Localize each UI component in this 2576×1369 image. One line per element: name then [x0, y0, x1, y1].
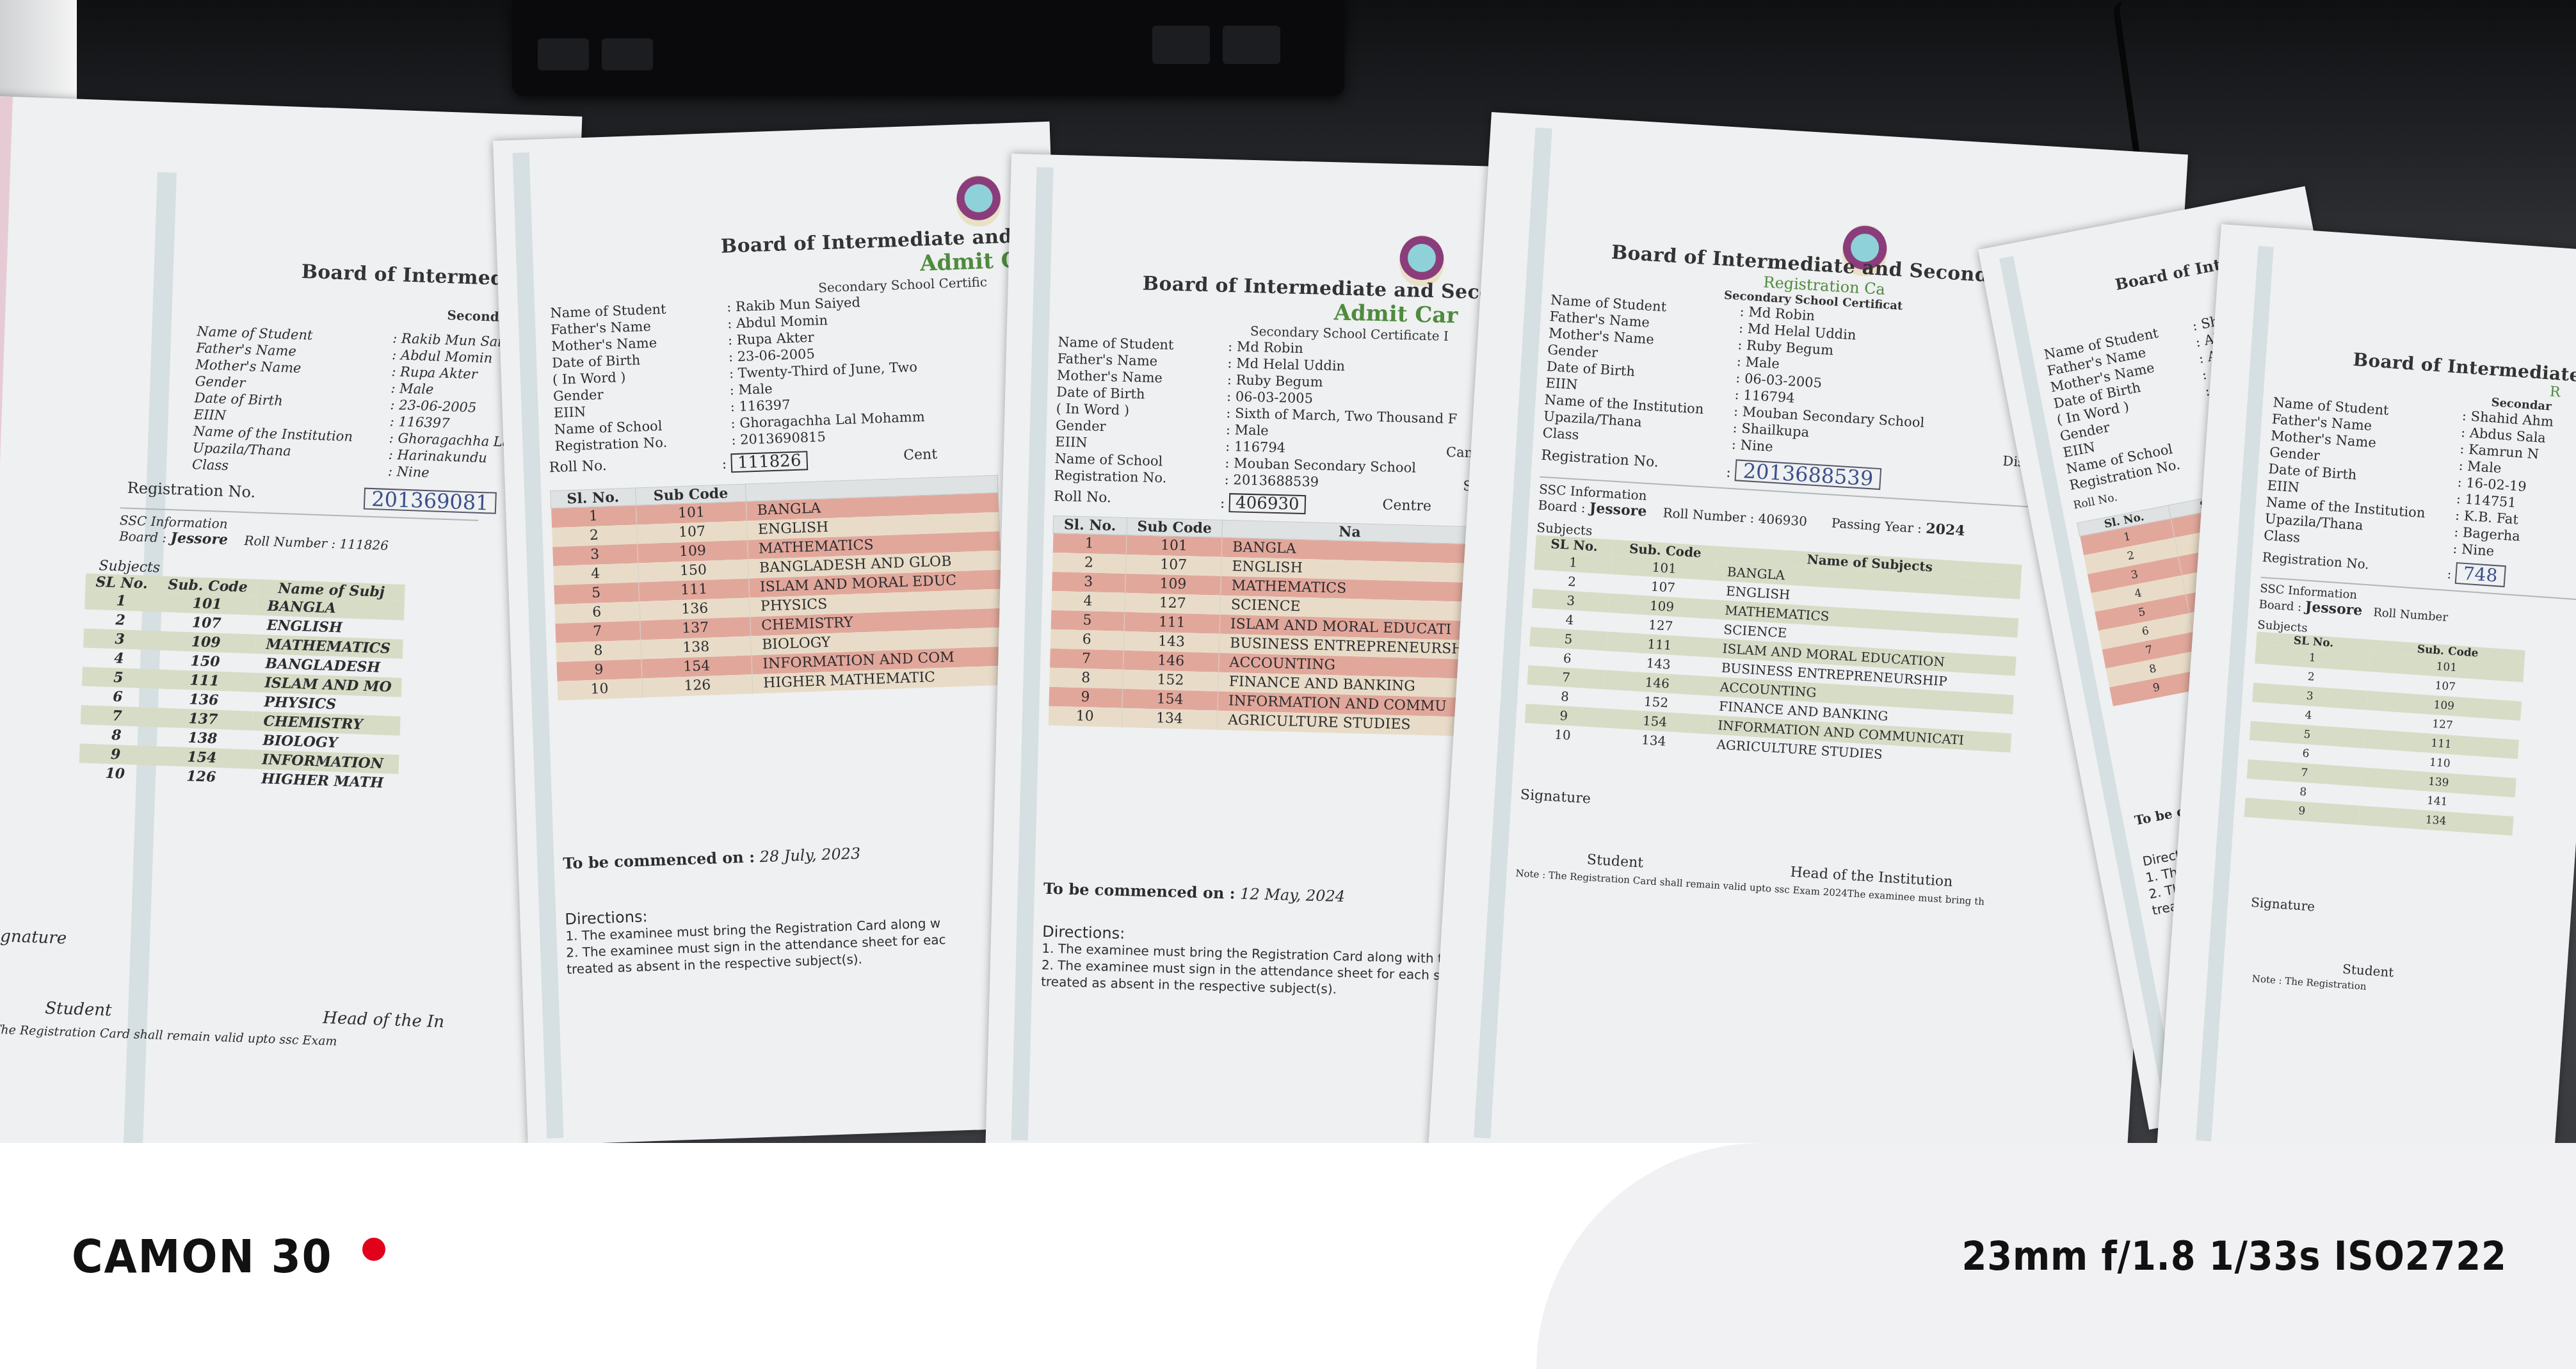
- serial-cell: 1: [85, 590, 157, 612]
- field-value: : Male: [387, 380, 434, 398]
- column-header: Sub Code: [1127, 517, 1223, 537]
- subject-code-cell: 127: [1124, 593, 1220, 615]
- subject-code-cell: 143: [1123, 631, 1220, 653]
- commenced-label: To be commenced on :: [563, 847, 755, 872]
- exif-info: 23mm f/1.8 1/33s ISO2722: [1962, 1233, 2507, 1279]
- registration-number: 201369081: [364, 488, 497, 514]
- field-value: : Male: [1221, 421, 1269, 439]
- roll-value: 111826: [339, 536, 389, 553]
- field-value: : Ruby Begum: [1223, 371, 1323, 391]
- signature-label: Signature: [2250, 895, 2558, 931]
- subject-code-cell: 107: [1125, 555, 1221, 576]
- serial-cell: 10: [1524, 723, 1602, 747]
- subjects-table: SL No.Sub. Code1101210731094127511161107…: [2244, 631, 2525, 836]
- subjects-table: SL No.Sub. CodeName of Subjects1101BANGL…: [1524, 535, 2022, 772]
- student-fields: Name of Student: Shahid AhmFather's Name…: [2263, 394, 2576, 565]
- serial-cell: 1: [1052, 533, 1126, 554]
- subjects-table: SL No.Sub. CodeName of Subj1101BANGLA210…: [79, 573, 405, 793]
- serial-cell: 5: [1051, 610, 1124, 631]
- subject-code-cell: 101: [1126, 535, 1222, 556]
- serial-cell: 1: [551, 505, 637, 528]
- serial-cell: 10: [1048, 706, 1122, 727]
- field-value: : 2013690815: [727, 428, 826, 448]
- subject-code-cell: 111: [1124, 612, 1220, 634]
- serial-cell: 8: [1049, 668, 1123, 689]
- commenced-label: To be commenced on :: [1043, 879, 1236, 903]
- serial-cell: 6: [554, 601, 640, 624]
- registration-card-shahid: Board of Intermediate R Secondar Name of…: [2157, 224, 2576, 1172]
- subject-code-cell: 152: [1122, 670, 1218, 692]
- serial-cell: 3: [83, 628, 156, 650]
- serial-cell: 2: [552, 525, 638, 547]
- student-fields: Name of Student: Md RobinFather's Name: …: [1542, 291, 2063, 472]
- field-value: : 116794: [1221, 438, 1286, 457]
- serial-cell: 9: [79, 743, 152, 765]
- subject-code-cell: 109: [1125, 574, 1221, 595]
- board-title: Board of Intermediate and Second: [1142, 272, 1510, 304]
- serial-cell: 8: [556, 640, 641, 662]
- serial-cell: 3: [552, 544, 638, 567]
- signature-label: Signature: [0, 926, 539, 964]
- ssc-information: SSC Information Board : Jessore Roll Num…: [119, 507, 479, 557]
- subjects-table: Sl. No.Sub Code1101BANGLA2107ENGLISH3109…: [550, 475, 1005, 701]
- field-value: : Nine: [2449, 540, 2495, 560]
- registration-number: 2013688539: [1735, 459, 1881, 490]
- student-fields: Name of Student: Rakib Mun SaiyedFather'…: [550, 287, 1077, 455]
- serial-cell: 4: [83, 647, 156, 669]
- passing-year: 2024: [1926, 521, 1966, 540]
- board-label: Board :: [2258, 598, 2302, 615]
- registration-label: Registration No.: [127, 480, 364, 510]
- registration-card-rakib: Board of Intermediate Re Secondary Name …: [0, 96, 582, 1166]
- board-value: Jessore: [170, 530, 228, 548]
- camera-watermark-bar: CAMON 30 23mm f/1.8 1/33s ISO2722: [0, 1143, 2576, 1369]
- subject-code-cell: 126: [641, 674, 753, 697]
- serial-cell: 9: [556, 659, 642, 681]
- roll-label: Roll Number: [2373, 606, 2449, 624]
- roll-label: Roll No.: [1054, 489, 1221, 512]
- registration-number: 748: [2455, 562, 2506, 587]
- field-value: : 06-03-2005: [1223, 388, 1313, 407]
- field-value: : 2013688539: [1220, 471, 1319, 490]
- field-value: : 116397: [385, 413, 450, 432]
- serial-cell: 6: [81, 686, 154, 708]
- serial-cell: 6: [1050, 629, 1123, 651]
- field-value: : Nine: [1727, 436, 1773, 455]
- subject-code-cell: 154: [1122, 689, 1218, 711]
- keyboard: [512, 0, 1344, 96]
- serial-cell: 2: [84, 609, 157, 631]
- serial-cell: 4: [1051, 591, 1125, 612]
- signature-label: Signature: [1520, 787, 2032, 834]
- board-title: Board of Intermediate: [2353, 349, 2576, 387]
- student-signature-label: Student: [1586, 852, 1644, 871]
- subject-code-cell: 134: [1122, 708, 1218, 730]
- camera-brand: CAMON 30: [72, 1229, 333, 1283]
- field-value: : Male: [725, 380, 773, 399]
- column-header: Sub. Code: [157, 576, 258, 595]
- serial-cell: 2: [1052, 553, 1125, 574]
- field-value: : 116397: [726, 396, 791, 415]
- student-signature-label: Student: [45, 999, 112, 1021]
- serial-cell: 9: [1049, 687, 1122, 708]
- board-label: Board :: [119, 528, 167, 546]
- roll-number: 406930: [1229, 493, 1306, 514]
- serial-cell: 8: [80, 724, 153, 746]
- serial-cell: 10: [79, 763, 152, 784]
- commenced-date: 28 July, 2023: [759, 845, 861, 866]
- centre-label: Cent: [903, 446, 938, 467]
- serial-cell: 5: [82, 667, 155, 688]
- subjects-table: Sl. No.Sub CodeNa1101BANGLA2107ENGLISH31…: [1048, 515, 1478, 736]
- field-value: : Md Robin: [1224, 338, 1303, 357]
- board-label: Board :: [1538, 498, 1586, 515]
- commenced-date: 12 May, 2024: [1240, 885, 1345, 905]
- roll-label: Roll No.: [549, 454, 722, 479]
- serial-cell: 7: [555, 620, 641, 643]
- registration-label: Registration No.: [1540, 448, 1727, 482]
- subject-code-cell: 146: [1123, 651, 1219, 672]
- serial-cell: 5: [554, 582, 640, 604]
- board-value: Jessore: [2305, 599, 2363, 619]
- centre-label: Centre: [1382, 497, 1431, 517]
- serial-cell: 3: [1052, 572, 1125, 593]
- serial-cell: 7: [1050, 649, 1123, 670]
- serial-cell: 4: [553, 563, 639, 586]
- head-signature-label: Head of the In: [323, 1009, 445, 1032]
- card-title: R: [2549, 384, 2576, 403]
- column-header: Sl. No.: [1053, 515, 1127, 535]
- board-logo-icon: [955, 174, 1002, 227]
- board-value: Jessore: [1589, 500, 1647, 520]
- student-fields: Name of Student: Md RobinFather's Name: …: [1054, 334, 1511, 496]
- field-label: Registration No.: [1054, 467, 1221, 488]
- serial-cell: 10: [557, 678, 643, 701]
- field-value: : Nine: [383, 463, 430, 481]
- serial-cell: 7: [81, 705, 154, 727]
- roll-number: 111826: [731, 451, 808, 473]
- column-header: SL No.: [85, 573, 158, 592]
- brand-dot-icon: [362, 1238, 385, 1261]
- roll-label: Roll Number :: [244, 533, 336, 551]
- subject-code-cell: 126: [151, 765, 252, 788]
- roll-value: 406930: [1758, 511, 1808, 530]
- admit-card-md-robin: Board of Intermediate and Second Admit C…: [985, 154, 1510, 1159]
